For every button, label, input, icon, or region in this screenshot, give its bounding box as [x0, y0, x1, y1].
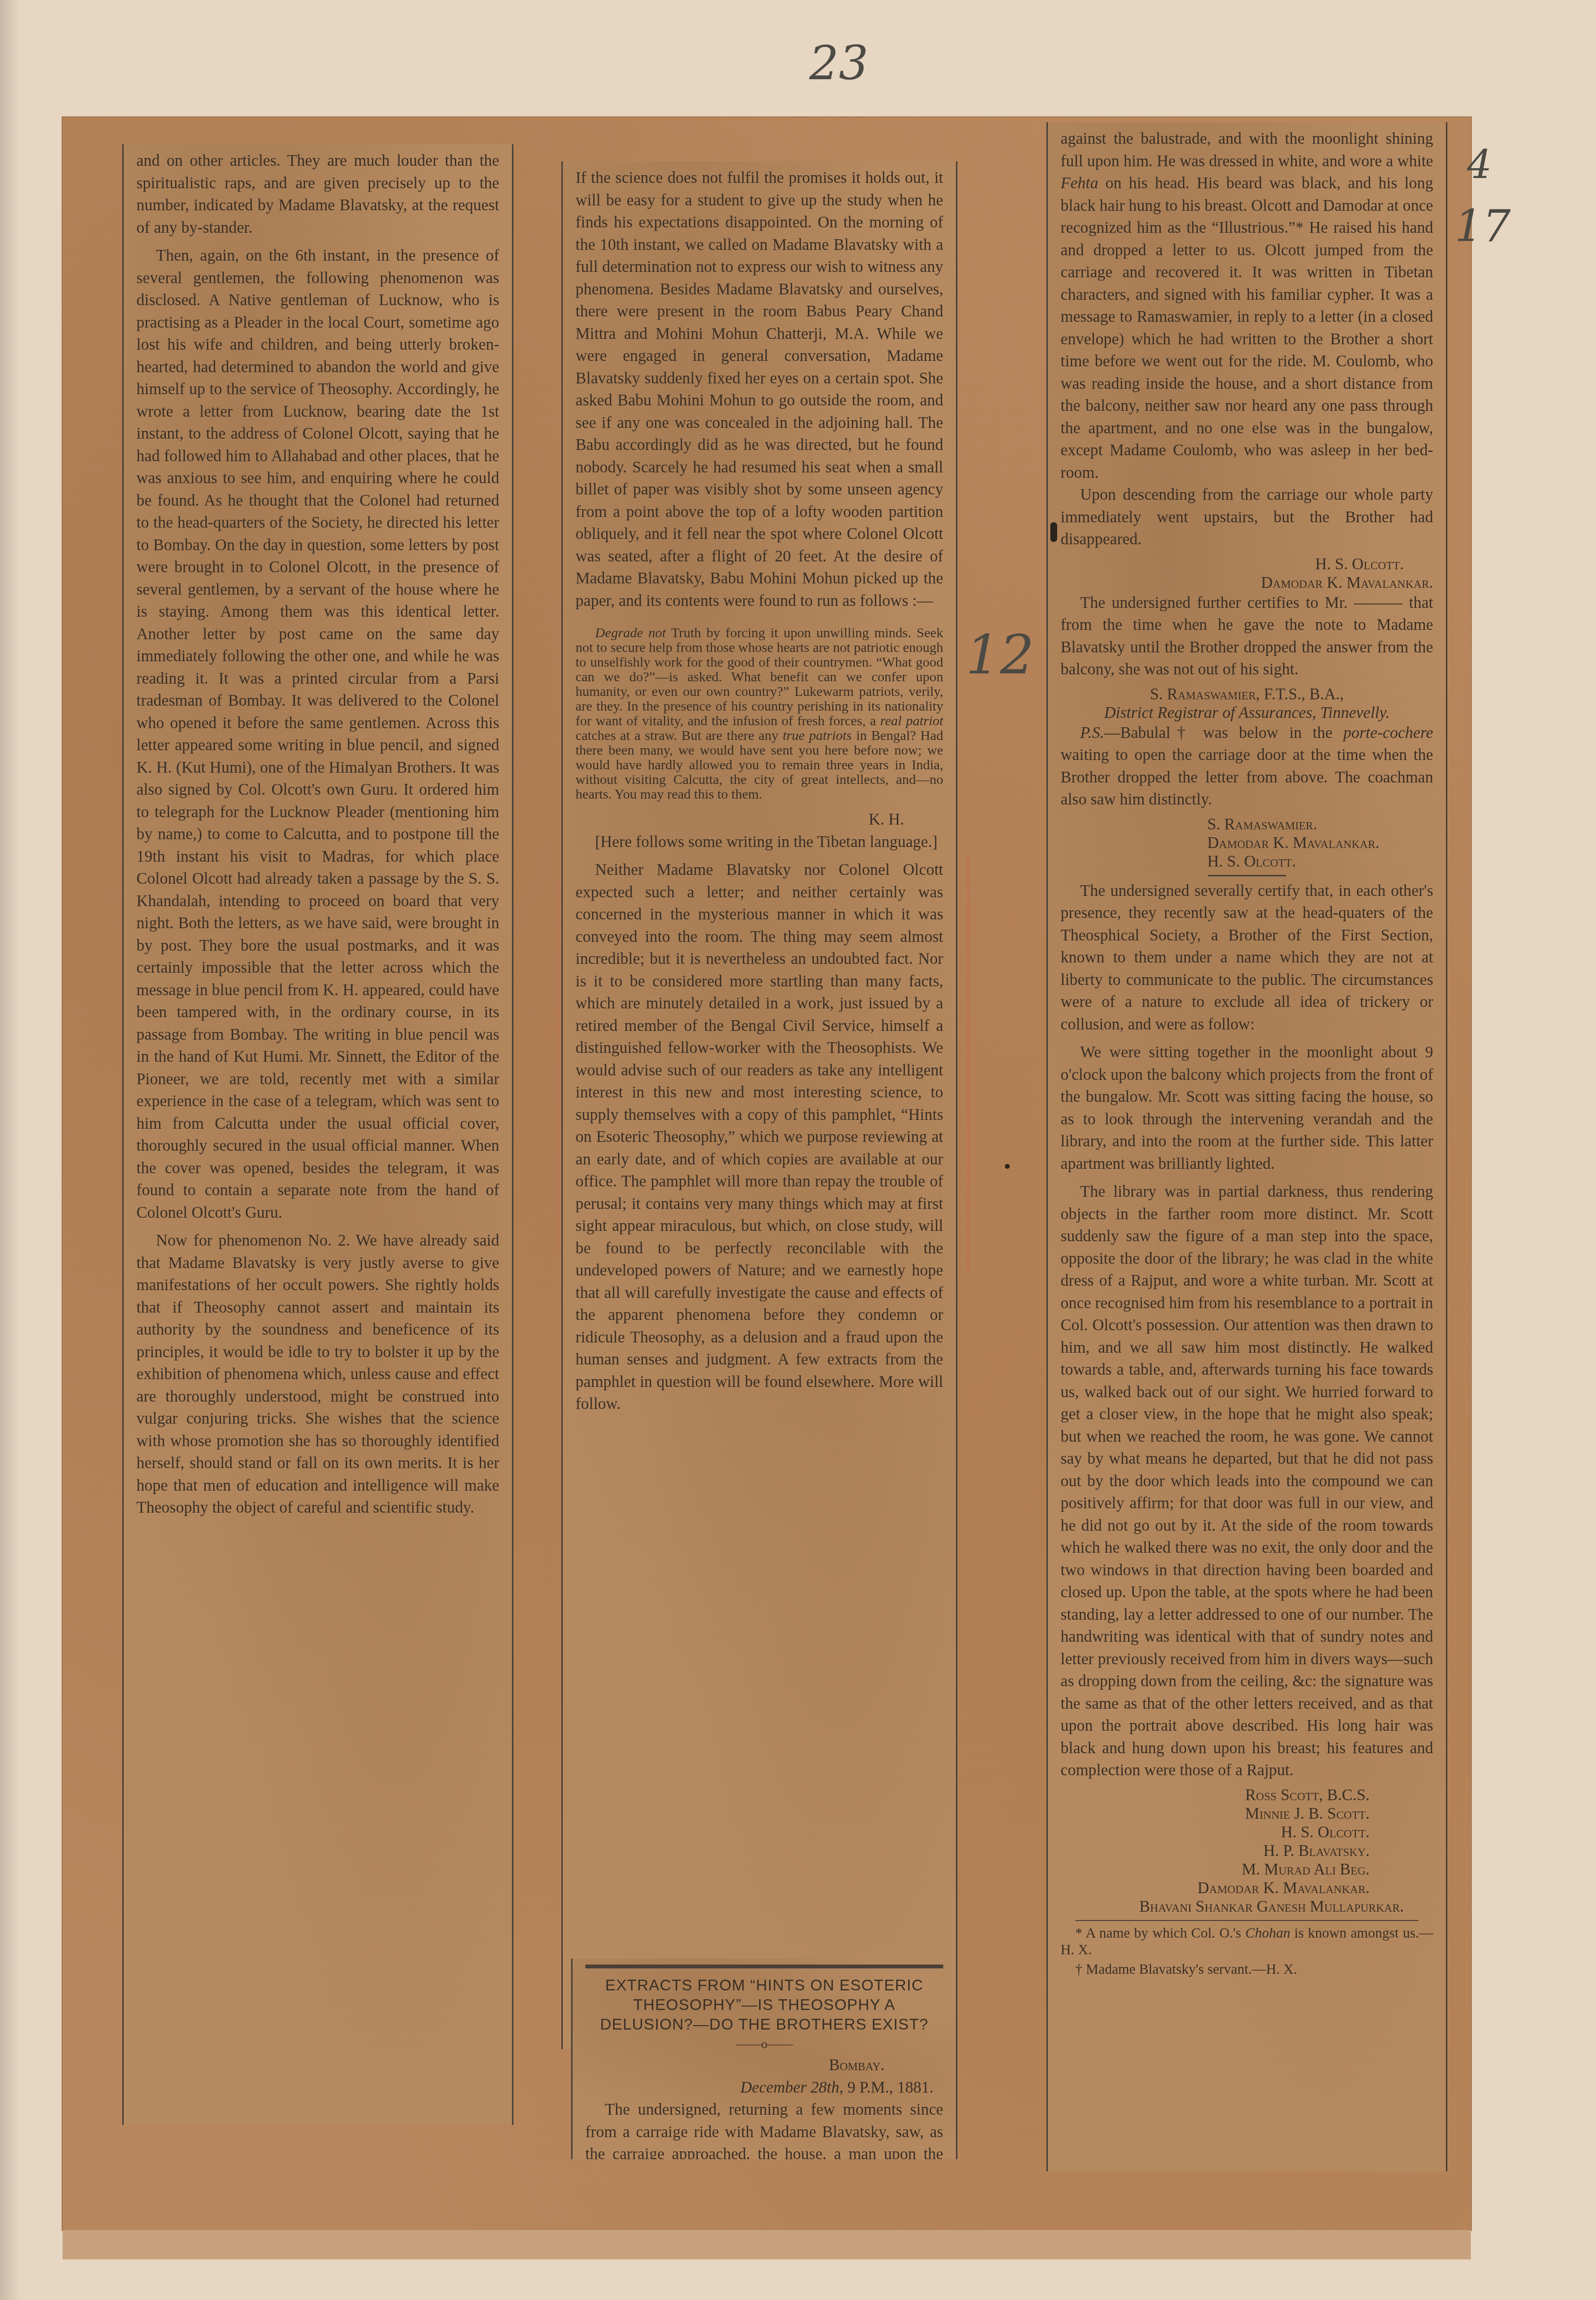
article-paragraph: Then, again, on the 6th instant, in the …: [136, 245, 499, 1224]
article-paragraph: The library was in partial darkness, thu…: [1061, 1181, 1433, 1782]
red-pencil-margin-line: [967, 856, 969, 1272]
signature: Damodar K. Mavalankar.: [1207, 834, 1433, 852]
signature-block: S. Ramaswamier. Damodar K. Mavalankar. H…: [1061, 815, 1433, 871]
newspaper-clipping-middle: If the science does not fulfil the promi…: [561, 161, 957, 2049]
quote-lead: Degrade not: [595, 625, 666, 641]
signature-block: S. Ramaswamier, F.T.S., B.A., District R…: [1061, 685, 1433, 722]
signature: M. Murad Ali Beg.: [1061, 1860, 1433, 1879]
signature: H. P. Blavatsky.: [1061, 1842, 1433, 1860]
article-paragraph: and on other articles. They are much lou…: [136, 150, 499, 239]
article-paragraph: [Here follows some writing in the Tibeta…: [576, 831, 943, 854]
signature: Damodar K. Mavalankar.: [1061, 1879, 1433, 1898]
footnote-divider: [1075, 1920, 1418, 1921]
handwritten-right-mark-top: 4: [1467, 142, 1492, 187]
footnote: * A name by which Col. O.'s Chohan is kn…: [1061, 1925, 1433, 1958]
dateline-date: December 28th, 9 P.M., 1881.: [585, 2077, 943, 2099]
footnote: † Madame Blavatsky's servant.—H. X.: [1061, 1961, 1433, 1978]
article-paragraph: The undersigned further certifies to Mr.…: [1061, 592, 1433, 681]
newspaper-clipping-extracts: EXTRACTS FROM “HINTS ON ESOTERIC THEOSOP…: [571, 1959, 957, 2159]
article-paragraph: The undersigned, returning a few moments…: [585, 2099, 943, 2159]
handwritten-right-mark-bottom: 17: [1455, 201, 1511, 252]
signature: H. S. Olcott.: [1061, 555, 1433, 574]
newspaper-clipping-right: against the balustrade, and with the moo…: [1046, 122, 1447, 2171]
ink-stain: [1050, 522, 1057, 542]
article-paragraph: The undersigned severally certify that, …: [1061, 880, 1433, 1036]
signature: Damodar K. Mavalankar.: [1061, 574, 1433, 592]
dateline-place: Bombay.: [585, 2054, 943, 2077]
article-paragraph: Neither Madame Blavatsky nor Colonel Olc…: [576, 859, 943, 1416]
board-bottom-edge: [63, 2230, 1471, 2259]
signature: Bhavani Shankar Ganesh Mullapurkar.: [1061, 1898, 1433, 1916]
newspaper-clipping-left: and on other articles. They are much lou…: [122, 144, 513, 2125]
signature: Minnie J. B. Scott.: [1061, 1805, 1433, 1823]
divider-rule: [585, 1965, 943, 1968]
postscript: P.S.—Babulal† was below in the porte-coc…: [1061, 722, 1433, 811]
quote-signature: K. H.: [576, 809, 943, 831]
article-paragraph: We were sitting together in the moonligh…: [1061, 1042, 1433, 1175]
signature: H. S. Olcott.: [1207, 852, 1433, 871]
handwritten-page-number: 23: [809, 37, 868, 90]
signature-block: H. S. Olcott. Damodar K. Mavalankar.: [1061, 555, 1433, 592]
page-edge: [0, 0, 20, 2300]
divider-rule: [1208, 875, 1286, 876]
article-paragraph: against the balustrade, and with the moo…: [1061, 128, 1433, 484]
article-paragraph: Now for phenomenon No. 2. We have alread…: [136, 1230, 499, 1519]
handwritten-margin-number: 12: [966, 624, 1034, 686]
extracts-headline: EXTRACTS FROM “HINTS ON ESOTERIC THEOSOP…: [585, 1975, 943, 2034]
kh-letter-quote: Degrade not Truth by forcing it upon unw…: [576, 626, 943, 802]
signature: H. S. Olcott.: [1061, 1823, 1433, 1842]
article-paragraph: Upon descending from the carriage our wh…: [1061, 484, 1433, 551]
ornament-divider: ——o——: [585, 2037, 943, 2052]
signature: S. Ramaswamier.: [1207, 815, 1433, 834]
signature-title: District Registrar of Assurances, Tinnev…: [1061, 704, 1433, 722]
signature: Ross Scott, B.C.S.: [1061, 1786, 1433, 1805]
article-paragraph: If the science does not fulfil the promi…: [576, 167, 943, 612]
red-pencil-margin-line: [557, 880, 559, 1252]
signature-block: Ross Scott, B.C.S. Minnie J. B. Scott. H…: [1061, 1786, 1433, 1916]
ink-spot: [1005, 1164, 1010, 1169]
signature: S. Ramaswamier, F.T.S., B.A.,: [1061, 685, 1433, 704]
